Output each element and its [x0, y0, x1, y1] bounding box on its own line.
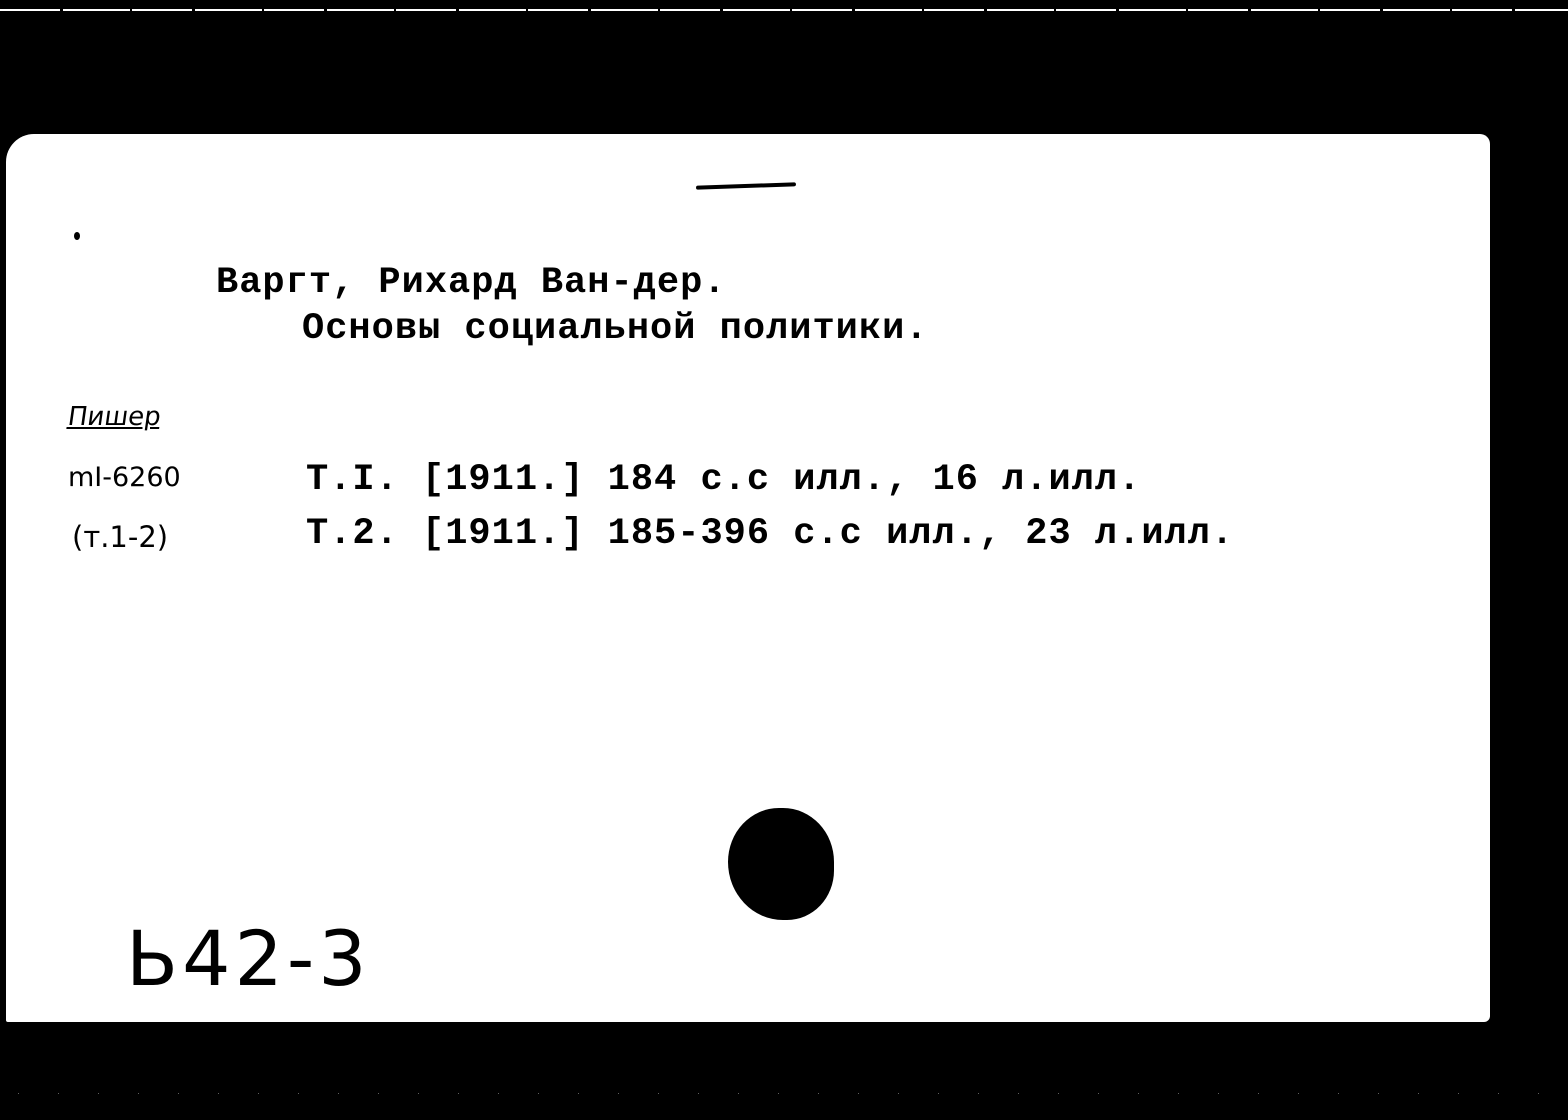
- shelfmark-label: Пишер: [66, 402, 163, 432]
- ink-speck: [74, 232, 80, 240]
- punch-hole: [728, 808, 834, 920]
- ink-smudge: [696, 182, 796, 189]
- scan-border-top: [0, 9, 1568, 11]
- catalog-card: Варгт, Рихард Ван-дер. Основы социальной…: [6, 134, 1490, 1022]
- shelfmark-volumes: (т.1-2): [72, 520, 168, 554]
- inventory-number: Ь42-3: [126, 914, 371, 1003]
- shelfmark-code: mI-6260: [68, 462, 181, 493]
- scan-border-bottom: [0, 1093, 1568, 1094]
- card-author: Варгт, Рихард Ван-дер.: [216, 262, 726, 304]
- volume-line-2: Т.2. [1911.] 185-396 с.с илл., 23 л.илл.: [306, 513, 1234, 555]
- volume-line-1: Т.I. [1911.] 184 с.с илл., 16 л.илл.: [306, 459, 1141, 501]
- card-title: Основы социальной политики.: [302, 308, 929, 350]
